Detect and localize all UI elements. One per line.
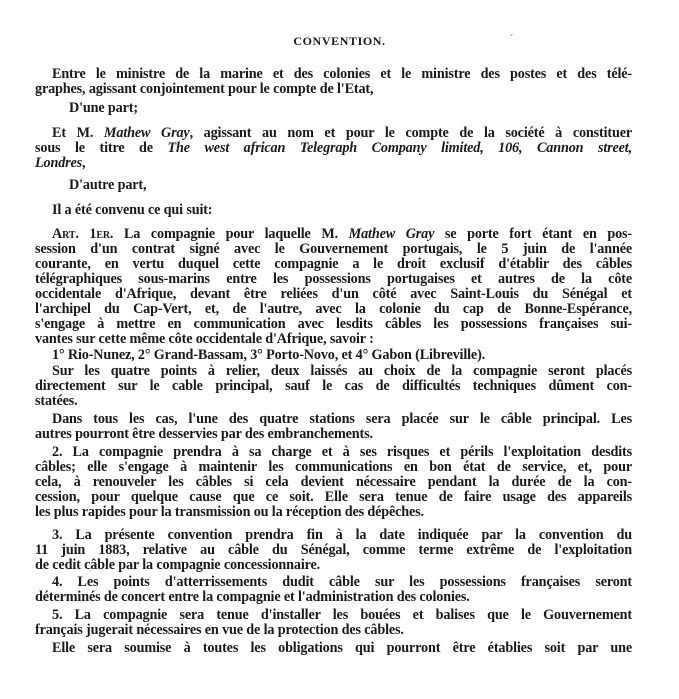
text-span: , — [82, 155, 85, 171]
text-line: les plus rapides pour la transmission ou… — [35, 505, 632, 520]
company-name: The west african Telegraph Company limit… — [168, 140, 632, 156]
text-line: 2. La compagnie prendra à sa charge et à… — [52, 445, 632, 460]
text-line: vantes sur cette même côte occidentale d… — [35, 332, 632, 347]
text-span: se porte fort étant en pos- — [434, 226, 632, 242]
text-line: l'archipel du Cap-Vert, et, de l'autre, … — [35, 302, 632, 317]
text-line: D'une part; — [69, 101, 632, 116]
text-line: sous le titre de The west african Telegr… — [35, 141, 632, 156]
text-line: 4. Les points d'atterrissements dudit câ… — [52, 575, 632, 590]
text-line: autres pourront être desservies par des … — [35, 427, 632, 442]
text-line: 11 juin 1883, relative au câble du Sénég… — [35, 543, 632, 558]
text-line: Elle sera soumise à toutes les obligatio… — [52, 641, 632, 656]
text-span: Et M. — [52, 125, 104, 141]
document-page: CONVENTION. ´ Entre le ministre de la ma… — [0, 0, 679, 699]
text-line: déterminés de concert entre la compagnie… — [35, 590, 632, 605]
text-line: Sur les quatre points à relier, deux lai… — [52, 364, 632, 379]
text-line: de cedit câble par la compagnie concessi… — [35, 558, 632, 573]
text-line: Il a été convenu ce qui suit: — [52, 203, 632, 218]
text-span: La compagnie pour laquelle M. — [113, 226, 348, 242]
person-name: Mathew Gray — [349, 226, 435, 242]
document-title: CONVENTION. — [0, 34, 679, 49]
text-line: s'engage à mettre en communication avec … — [35, 317, 632, 332]
text-line: D'autre part, — [69, 178, 632, 193]
text-line: Et M. Mathew Gray, agissant au nom et po… — [52, 126, 632, 141]
text-line: télégraphiques sous-marins entre les pos… — [35, 272, 632, 287]
text-line: câbles; elle s'engage à maintenir les co… — [35, 460, 632, 475]
text-line: français jugerait nécessaires en vue de … — [35, 623, 632, 638]
text-line: Art. 1er. La compagnie pour laquelle M. … — [52, 227, 632, 242]
text-line: Londres, — [35, 156, 632, 171]
text-line: cession, pour quelque cause que ce soit.… — [35, 490, 632, 505]
text-line: 3. La présente convention prendra fin à … — [52, 528, 632, 543]
text-span: sous le titre de — [35, 140, 168, 156]
text-line: 1° Rio-Nunez, 2° Grand-Bassam, 3° Porto-… — [52, 348, 632, 363]
text-line: graphes, agissant conjointement pour le … — [35, 82, 632, 97]
text-line: directement sur le cable principal, sauf… — [35, 379, 632, 394]
city-name: Londres — [35, 155, 82, 171]
text-line: 5. La compagnie sera tenue d'installer l… — [52, 608, 632, 623]
text-line: Entre le ministre de la marine et des co… — [52, 67, 632, 82]
person-name: Mathew Gray — [104, 125, 190, 141]
text-line: statées. — [35, 394, 632, 409]
article-label: Art. 1er. — [52, 226, 113, 242]
text-span: , agissant au nom et pour le compte de l… — [190, 125, 632, 141]
text-line: session d'un contrat signé avec le Gouve… — [35, 242, 632, 257]
text-line: cela, à renouveler les câbles si cela de… — [35, 475, 632, 490]
text-line: courante, en vertu duquel cette compagni… — [35, 257, 632, 272]
text-line: occidentale d'Afrique, devant être relié… — [35, 287, 632, 302]
ink-speck: ´ — [510, 34, 513, 45]
text-line: Dans tous les cas, l'une des quatre stat… — [52, 412, 632, 427]
